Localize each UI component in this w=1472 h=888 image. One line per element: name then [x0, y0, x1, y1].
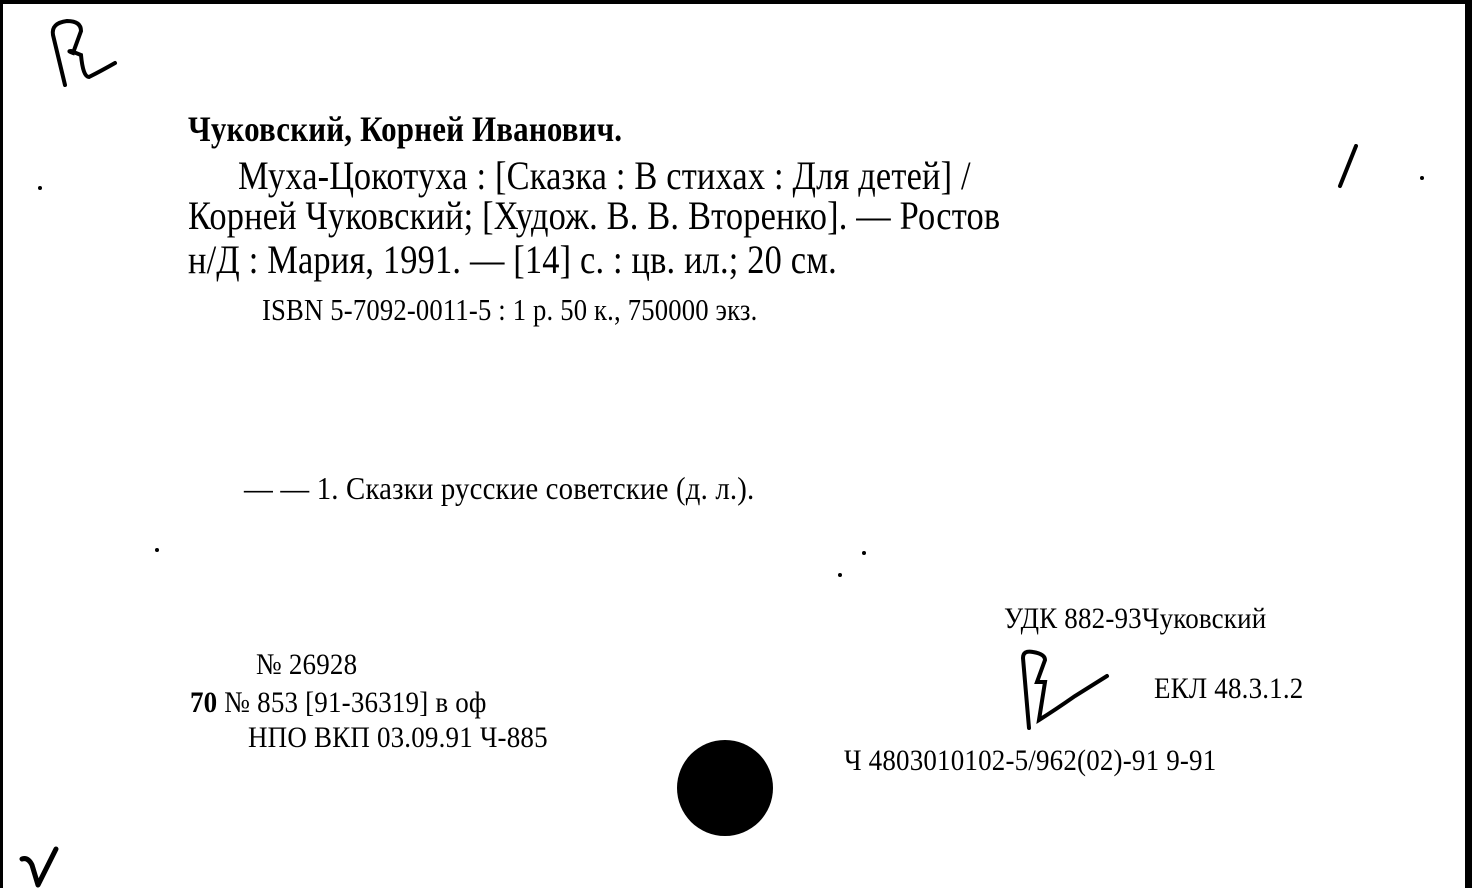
card-number: № 26928 [256, 648, 357, 682]
ekl-code: ЕКЛ 48.3.1.2 [1154, 672, 1303, 706]
speck [155, 548, 159, 552]
printer-line: НПО ВКП 03.09.91 Ч-885 [248, 721, 548, 755]
pen-stroke-icon [1336, 144, 1360, 189]
handwritten-initial-icon [1015, 648, 1115, 738]
checkmark-icon [18, 845, 63, 888]
title-line-3: н/Д : Мария, 1991. — [14] с. : цв. ил.; … [188, 236, 837, 283]
udk-code: УДК 882-93Чуковский [1004, 602, 1266, 636]
catalog-card: Чуковский, Корней Иванович. Муха-Цокотух… [0, 0, 1472, 888]
card-border-left [0, 0, 3, 888]
card-border-top [0, 0, 1472, 4]
order-details: № 853 [91-36319] в оф [224, 686, 486, 719]
card-border-right [1465, 0, 1472, 888]
subject-heading: — — 1. Сказки русские советские (д. л.). [244, 470, 754, 507]
title-line-2: Корней Чуковский; [Худож. В. В. Вторенко… [188, 192, 1000, 239]
speck [862, 551, 866, 555]
classification-code: Ч 4803010102-5/962(02)-91 9-91 [844, 744, 1216, 778]
author-heading: Чуковский, Корней Иванович. [188, 108, 622, 150]
speck [838, 573, 842, 577]
speck [38, 186, 42, 190]
isbn-line: ISBN 5-7092-0011-5 : 1 р. 50 к., 750000 … [262, 292, 757, 328]
order-line: 70 № 853 [91-36319] в оф [190, 686, 487, 720]
order-prefix: 70 [190, 686, 217, 719]
handwritten-initial-icon [45, 15, 120, 90]
punch-hole [677, 740, 773, 836]
speck [1420, 176, 1424, 180]
